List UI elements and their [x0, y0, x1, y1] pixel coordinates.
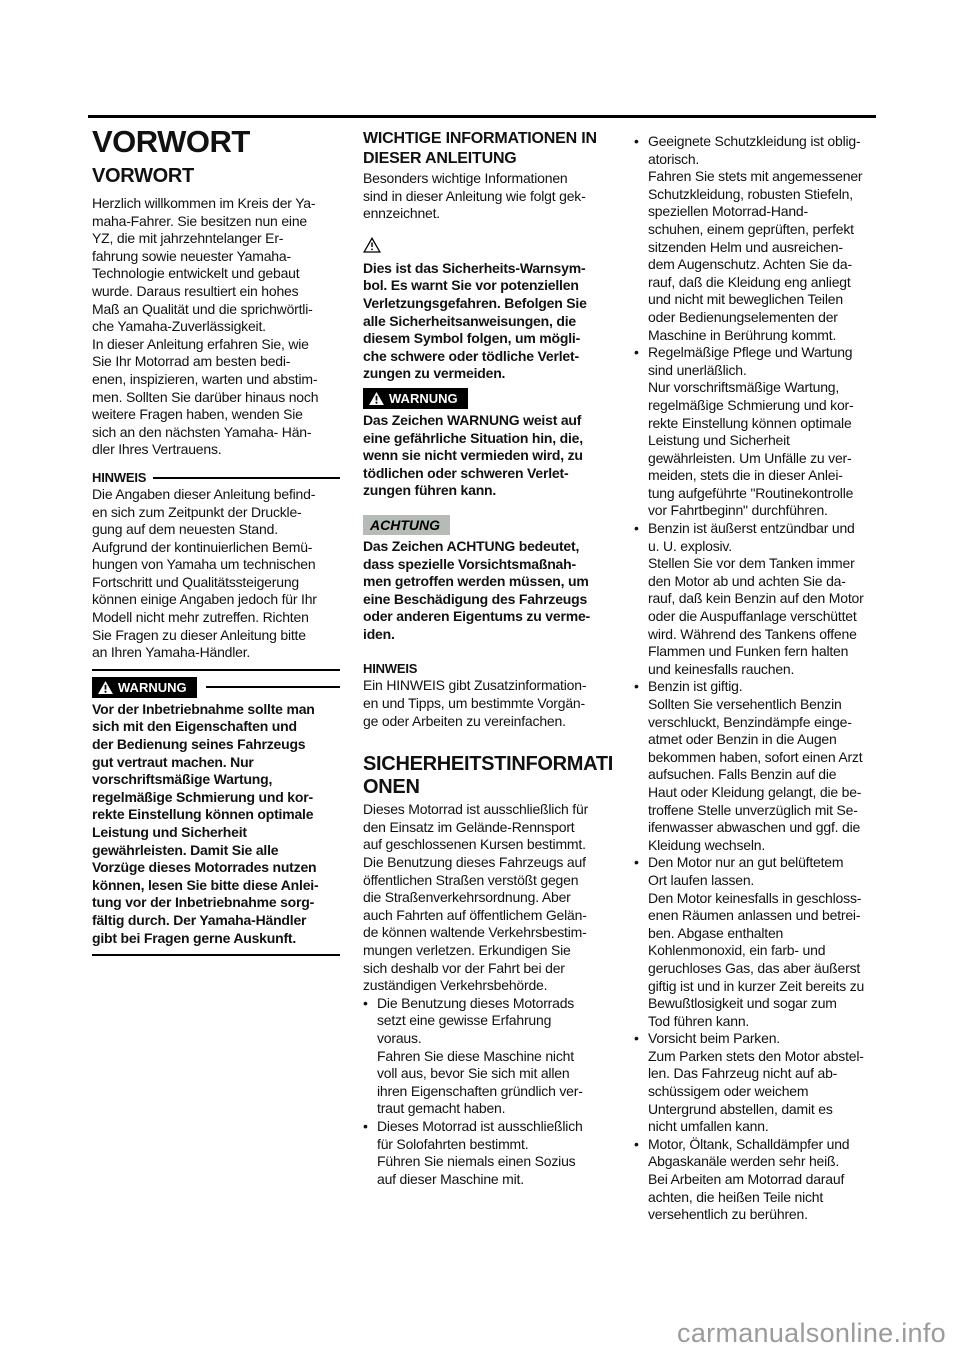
- bullet-marker: •: [363, 1118, 377, 1188]
- list-item: • Motor, Öltank, Schalldämpfer und Abgas…: [634, 1136, 882, 1224]
- bullet-text: Vorsicht beim Parken. Zum Parken stets d…: [648, 1030, 882, 1136]
- important-info-intro: Besonders wichtige Informationen sind in…: [363, 170, 611, 223]
- bullet-text: Dieses Motorrad ist ausschließlich für S…: [377, 1118, 611, 1188]
- intro-paragraph: Herzlich willkommen im Kreis der Ya- mah…: [92, 195, 340, 459]
- warning-header: WARNUNG: [363, 388, 611, 409]
- warning-label: WARNUNG: [118, 680, 187, 695]
- safety-symbol-paragraph: Dies ist das Sicherheits-Warnsym- bol. E…: [363, 260, 611, 383]
- list-item: • Die Benutzung dieses Motorrads setzt e…: [363, 995, 611, 1118]
- caution-badge: ACHTUNG: [363, 515, 450, 535]
- section-heading-vorwort: VORWORT: [92, 165, 340, 188]
- safety-alert-symbol-icon: [363, 237, 611, 258]
- bullet-text: Geeignete Schutzkleidung ist oblig- ator…: [648, 133, 882, 344]
- list-item: • Geeignete Schutzkleidung ist oblig- at…: [634, 133, 882, 344]
- bullet-text: Regelmäßige Pflege und Wartung sind uner…: [648, 344, 882, 520]
- warning-badge: WARNUNG: [363, 388, 468, 409]
- warning-paragraph: Vor der Inbetriebnahme sollte man sich m…: [92, 701, 340, 947]
- column-3: • Geeignete Schutzkleidung ist oblig- at…: [634, 124, 882, 1224]
- bullet-marker: •: [634, 133, 648, 344]
- warning-header: WARNUNG: [92, 677, 340, 698]
- column-2: WICHTIGE INFORMATIONEN IN DIESER ANLEITU…: [363, 124, 611, 1224]
- caution-definition-paragraph: Das Zeichen ACHTUNG bedeutet, dass spezi…: [363, 538, 611, 644]
- bullet-marker: •: [634, 854, 648, 1030]
- bullet-text: Benzin ist äußerst entzündbar und u. U. …: [648, 520, 882, 678]
- watermark: carmanualsonline.info: [677, 1318, 946, 1349]
- list-item: • Vorsicht beim Parken. Zum Parken stets…: [634, 1030, 882, 1136]
- section-divider: [92, 954, 340, 956]
- warning-definition-paragraph: Das Zeichen WARNUNG weist auf eine gefäh…: [363, 412, 611, 500]
- bullet-marker: •: [634, 678, 648, 854]
- note-rule: [153, 477, 340, 479]
- content-columns: VORWORT VORWORT Herzlich willkommen im K…: [92, 124, 882, 1224]
- bullet-text: Benzin ist giftig. Sollten Sie versehent…: [648, 678, 882, 854]
- note-definition-paragraph: Ein HINWEIS gibt Zusatzinformation- en u…: [363, 677, 611, 730]
- safety-info-intro: Dieses Motorrad ist ausschließlich für d…: [363, 801, 611, 995]
- bullet-text: Den Motor nur an gut belüftetem Ort lauf…: [648, 854, 882, 1030]
- page-title: VORWORT: [92, 124, 340, 160]
- note-paragraph: Die Angaben dieser Anleitung befind- en …: [92, 486, 340, 662]
- bullet-marker: •: [634, 344, 648, 520]
- note-label: HINWEIS: [92, 470, 146, 485]
- warning-triangle-icon: [369, 392, 384, 405]
- warning-label: WARNUNG: [389, 391, 458, 406]
- list-item: • Benzin ist giftig. Sollten Sie versehe…: [634, 678, 882, 854]
- note-header: HINWEIS: [92, 470, 340, 485]
- bullet-marker: •: [634, 520, 648, 678]
- list-item: • Regelmäßige Pflege und Wartung sind un…: [634, 344, 882, 520]
- warning-triangle-icon: [98, 681, 113, 694]
- list-item: • Den Motor nur an gut belüftetem Ort la…: [634, 854, 882, 1030]
- bullet-marker: •: [363, 995, 377, 1118]
- bullet-marker: •: [634, 1136, 648, 1224]
- list-item: • Dieses Motorrad ist ausschließlich für…: [363, 1118, 611, 1188]
- bullet-marker: •: [634, 1030, 648, 1136]
- warning-badge: WARNUNG: [92, 677, 197, 698]
- bullet-text: Motor, Öltank, Schalldämpfer und Abgaska…: [648, 1136, 882, 1224]
- note-label: HINWEIS: [363, 661, 611, 676]
- warning-rule: [206, 686, 340, 688]
- section-divider: [92, 669, 340, 671]
- important-info-heading: WICHTIGE INFORMATIONEN IN DIESER ANLEITU…: [363, 129, 611, 168]
- manual-page: VORWORT VORWORT Herzlich willkommen im K…: [0, 0, 960, 1358]
- top-rule: [88, 115, 876, 118]
- list-item: • Benzin ist äußerst entzündbar und u. U…: [634, 520, 882, 678]
- bullet-text: Die Benutzung dieses Motorrads setzt ein…: [377, 995, 611, 1118]
- column-1: VORWORT VORWORT Herzlich willkommen im K…: [92, 124, 340, 1224]
- safety-info-heading: SICHERHEITSTINFORMATI ONEN: [363, 753, 611, 799]
